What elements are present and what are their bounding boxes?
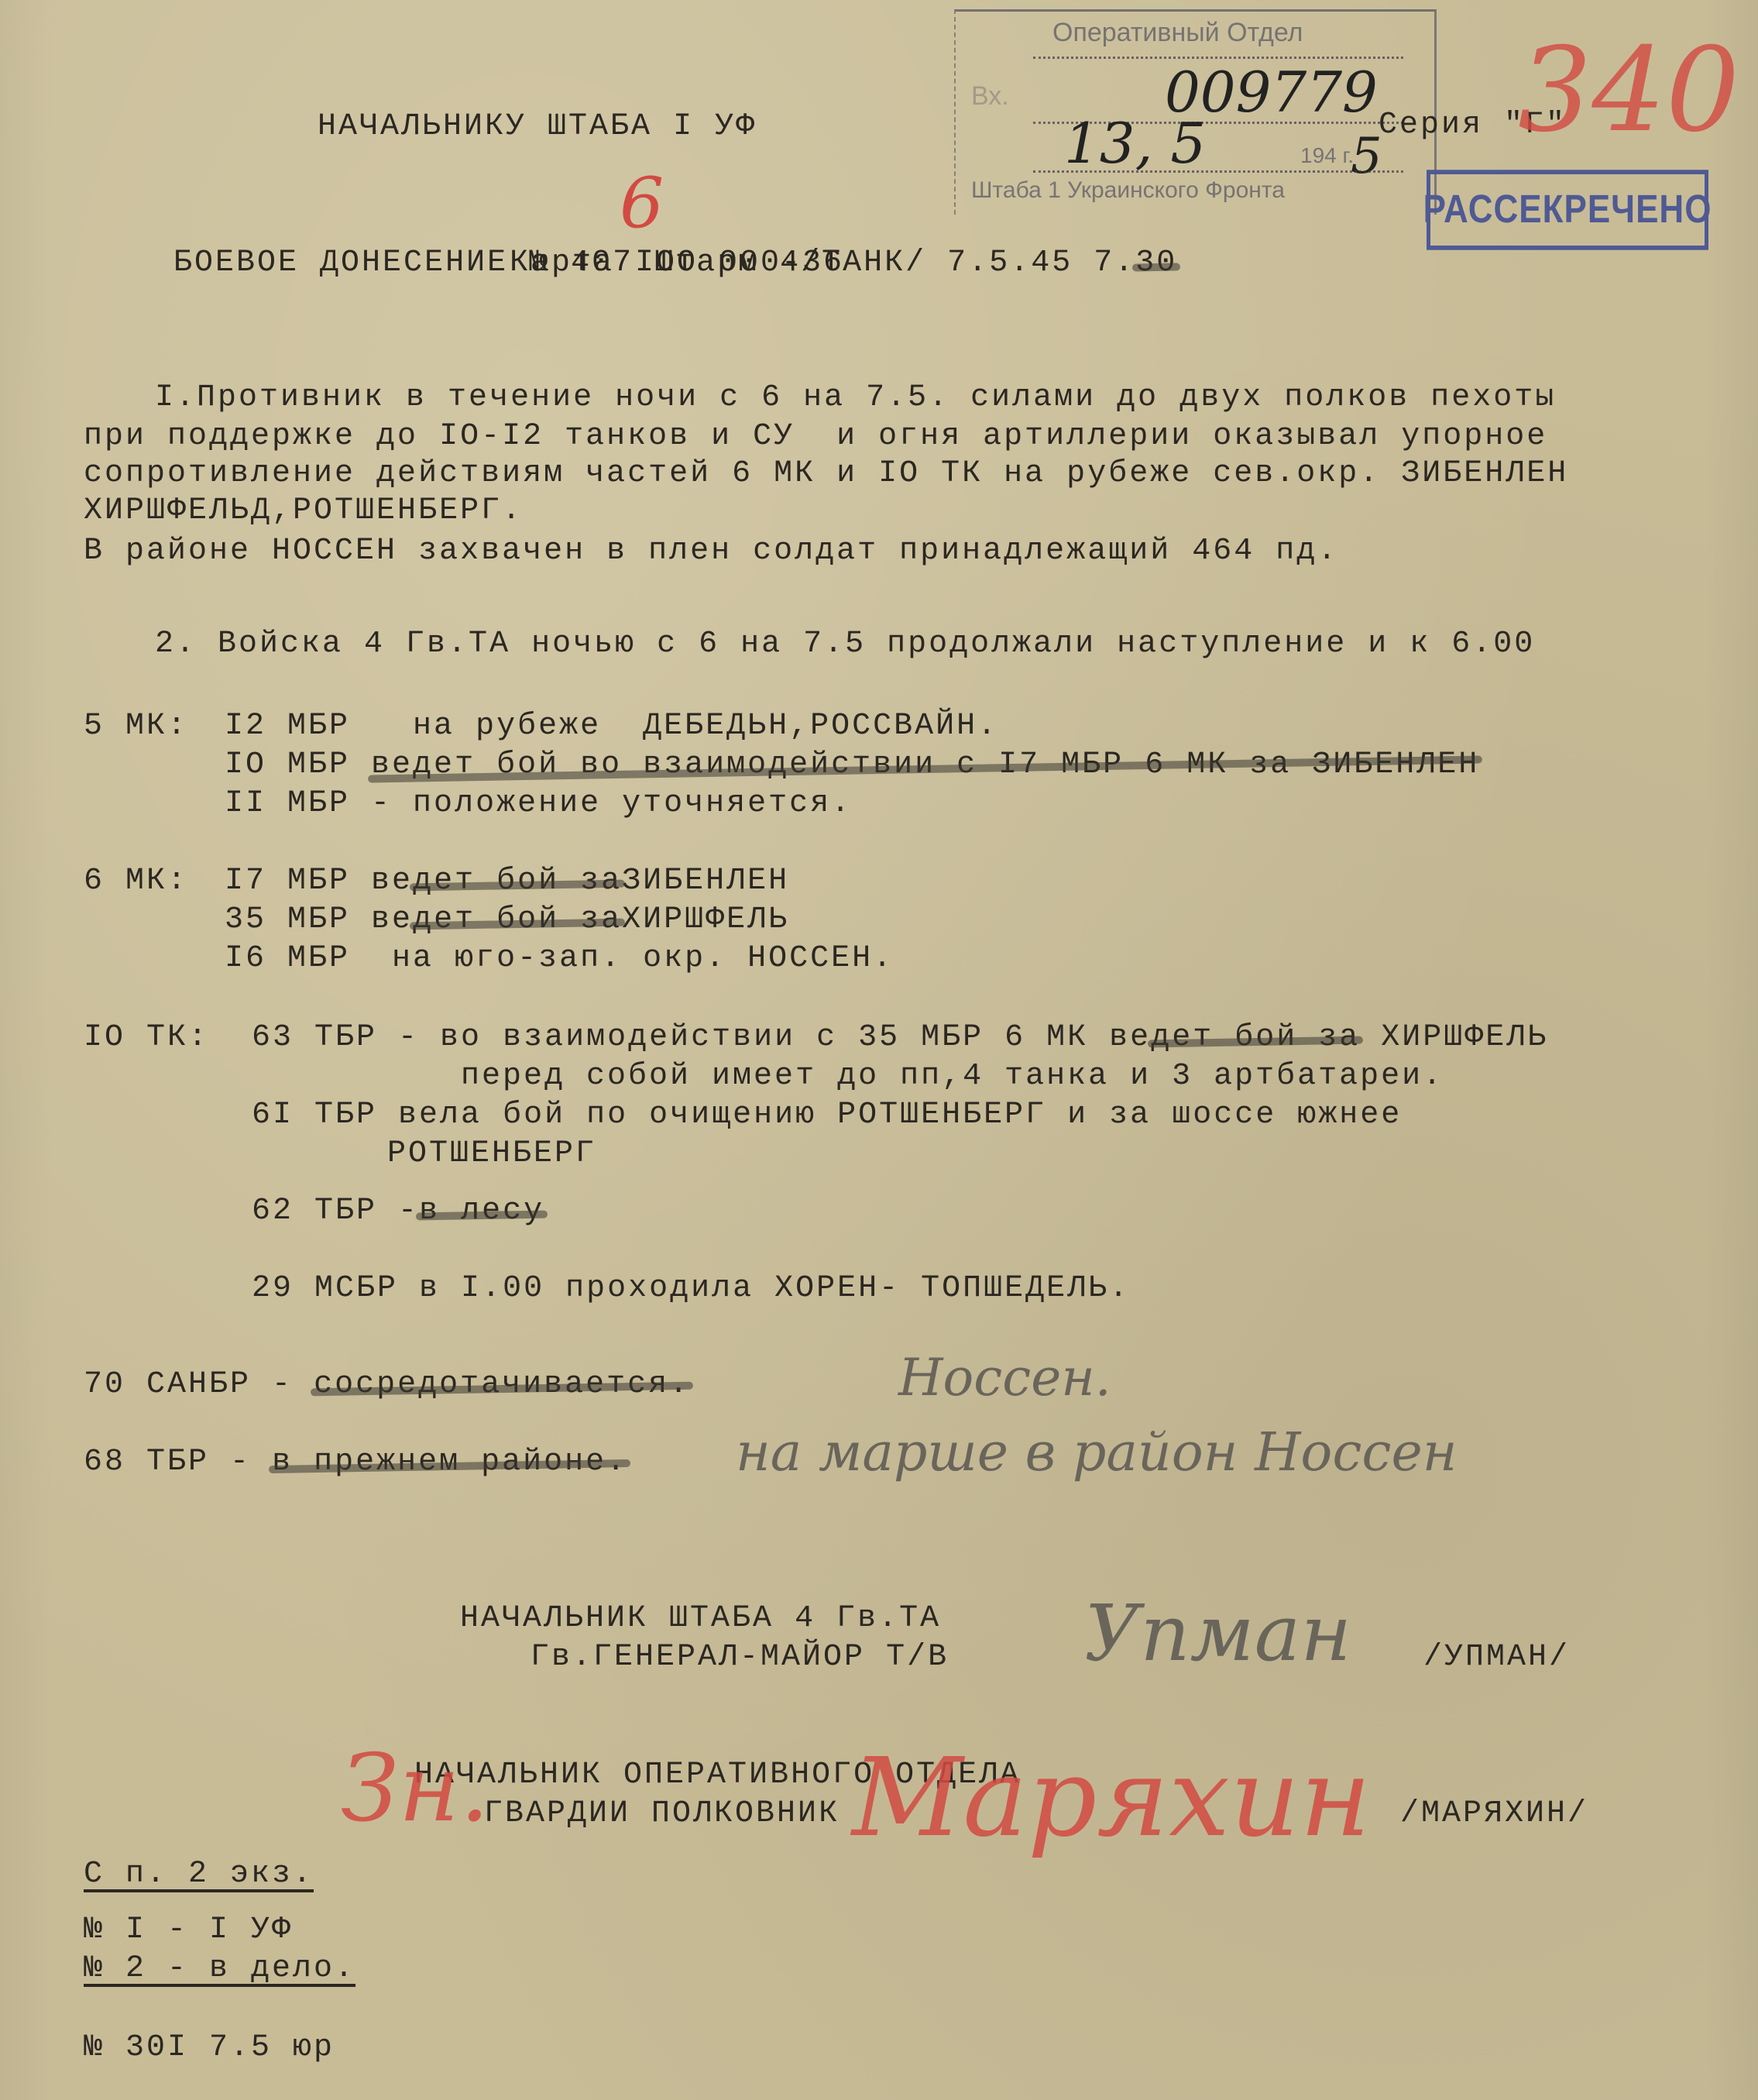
red-annotation: Зн. — [341, 1735, 489, 1843]
stamp-prefix: Вх. — [971, 81, 1009, 112]
stamp-title: Оперативный Отдел — [1052, 18, 1303, 48]
paragraph-line: ХИРШФЕЛЬД,РОТШЕНБЕРГ. — [84, 493, 523, 530]
unit-row: IO МБР ведет бой во взаимодействии с I7 … — [225, 747, 1479, 784]
stamp-year-handwritten: 5 — [1351, 128, 1382, 185]
declassified-stamp: РАССЕКРЕЧЕНО — [1427, 170, 1708, 250]
addressee: НАЧАЛЬНИКУ ШТАБА I УФ — [318, 108, 757, 146]
report-number-correction: 6 — [620, 163, 664, 244]
unit-row: 35 МБР ведет бой заХИРШФЕЛЬ — [225, 902, 789, 939]
paragraph-line: при поддержке до IO-I2 танков и СУ и огн… — [84, 418, 1547, 455]
stamp-date: 13, 5 — [1064, 111, 1206, 176]
map-reference: Карта IOO 000-36 — [510, 245, 844, 282]
unit-row: II МБР - положение уточняется. — [225, 785, 852, 823]
handwritten-correction: на марше в район Носсен — [736, 1422, 1458, 1483]
signature: Упман — [1084, 1588, 1351, 1679]
signatory-name: /МАРЯХИН/ — [1400, 1796, 1588, 1833]
paragraph-line: В районе НОССЕН захвачен в плен солдат п… — [84, 533, 1338, 570]
signatory-name: /УПМАН/ — [1423, 1639, 1570, 1676]
paragraph-line: сопротивление действиям частей 6 МК и IO… — [84, 455, 1568, 493]
unit-row: 63 ТБР - во взаимодействии с 35 МБР 6 МК… — [252, 1019, 1548, 1057]
section-own-forces-intro: 2. Войска 4 Гв.ТА ночью с 6 на 7.5 продо… — [155, 626, 1535, 663]
stamp-year-printed: 194 г. — [1300, 143, 1354, 168]
unit-row: I2 МБР на рубеже ДЕБЕДЬН,РОССВАЙН. — [225, 708, 998, 745]
unit-row: 68 ТБР - в прежнем районе. — [84, 1444, 627, 1481]
red-registration-number: 340 — [1518, 23, 1739, 158]
unit-row: 29 МСБР в I.00 проходила ХОРЕН- ТОПШЕДЕЛ… — [252, 1270, 1130, 1308]
unit-row: 6I ТБР вела бой по очищению РОТШЕНБЕРГ и… — [252, 1097, 1402, 1134]
paragraph-line: I.Противник в течение ночи с 6 на 7.5. с… — [155, 380, 1556, 417]
unit-row-continuation: РОТШЕНБЕРГ — [387, 1136, 596, 1173]
unit-row: 70 САНБР - сосредотачивается. — [84, 1366, 690, 1404]
unit-row-continuation: перед собой имеет до пп,4 танка и 3 артб… — [461, 1058, 1444, 1095]
signature: Маряхин — [852, 1735, 1371, 1861]
stamp-footer: Штаба 1 Украинского Фронта — [971, 177, 1285, 204]
unit-row: I7 МБР ведет бой заЗИБЕНЛЕН — [225, 863, 789, 900]
reference-number: № 30I 7.5 юр — [84, 2030, 335, 2067]
unit-row: 62 ТБР -в лесу — [252, 1193, 544, 1230]
incoming-registration-stamp: Оперативный Отдел Вх. 009779 13, 5 194 г… — [954, 9, 1437, 215]
handwritten-correction: Носсен. — [898, 1348, 1111, 1407]
unit-row: I6 МБР на юго-зап. окр. НОССЕН. — [225, 940, 894, 978]
